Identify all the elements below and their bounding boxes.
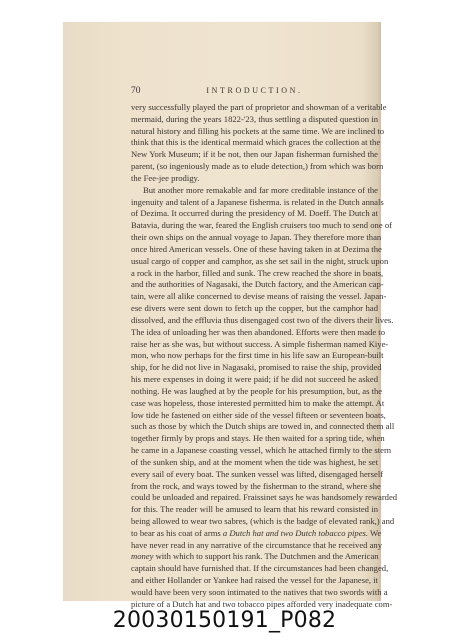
text-line: money with which to support his rank. Th… xyxy=(131,551,378,563)
text-line: and the authorities of Nagasaki, the Dut… xyxy=(131,279,378,291)
text-line: think that this is the identical mermaid… xyxy=(131,137,378,149)
text-line: Batavia, during the war, feared the Engl… xyxy=(131,220,378,232)
text-line: of Dezima. It occurred during the presid… xyxy=(131,208,378,220)
text-segment: with which to support his rank. The Dutc… xyxy=(153,551,378,561)
text-line: he came in a Japanese coasting vessel, w… xyxy=(131,445,378,457)
text-line: ship, for he did not live in Nagasaki, p… xyxy=(131,362,378,374)
text-line: every sail of every boat. The sunken ves… xyxy=(131,469,378,481)
text-line: natural history and filling his pockets … xyxy=(131,126,378,138)
text-line: raise her as she was, but without succes… xyxy=(131,339,378,351)
running-head: INTRODUCTION. xyxy=(131,86,378,95)
text-line: being allowed to wear two sabres, (which… xyxy=(131,516,378,528)
text-line: his mere expenses in doing it were paid;… xyxy=(131,374,378,386)
text-line: mon, who now perhaps for the first time … xyxy=(131,350,378,362)
italic-segment: money xyxy=(131,551,153,561)
text-segment: We xyxy=(368,528,381,538)
text-line: nothing. He was laughed at by the people… xyxy=(131,386,378,398)
text-line: such as those by which the Dutch ships a… xyxy=(131,421,378,433)
italic-segment: a Dutch hat and two Dutch tobacco pipes. xyxy=(223,528,368,538)
text-line: parent, (so ingeniously made as to elude… xyxy=(131,161,378,173)
text-line: The idea of unloading her was then aband… xyxy=(131,327,378,339)
text-line: ingenuity and talent of a Japanese fishe… xyxy=(131,197,378,209)
text-line: But another more remakable and far more … xyxy=(131,185,378,197)
text-line: to bear as his coat of arms a Dutch hat … xyxy=(131,528,378,540)
text-line: mermaid, during the years 1822-'23, thus… xyxy=(131,114,378,126)
page-header: 70 INTRODUCTION. xyxy=(131,86,378,98)
text-line: usual cargo of copper and camphor, as sh… xyxy=(131,256,378,268)
text-line: captain should have furnished that. If t… xyxy=(131,563,378,575)
text-line: low tide he fastened on either side of t… xyxy=(131,410,378,422)
text-line: dissolved, and the effluvia thus disenga… xyxy=(131,315,378,327)
image-caption: 20030150191_P082 xyxy=(0,608,449,633)
text-line: have never read in any narrative of the … xyxy=(131,540,378,552)
text-line: and either Hollander or Yankee had raise… xyxy=(131,575,378,587)
text-line: New York Museum; if it be not, then our … xyxy=(131,149,378,161)
text-line: would have been very soon intimated to t… xyxy=(131,587,378,599)
text-line: tain, were all alike concerned to devise… xyxy=(131,291,378,303)
text-line: case was hopeless, those interested perm… xyxy=(131,398,378,410)
text-line: for this. The reader will be amused to l… xyxy=(131,504,378,516)
text-line: ese divers were sent down to fetch up th… xyxy=(131,303,378,315)
text-line: a rock in the harbor, filled and sunk. T… xyxy=(131,268,378,280)
text-line: the Fee-jee prodigy. xyxy=(131,173,378,185)
text-line: their own ships on the annual voyage to … xyxy=(131,232,378,244)
text-segment: to bear as his coat of arms xyxy=(131,528,223,538)
text-line: once hired American vessels. One of thes… xyxy=(131,244,378,256)
text-line: of the sunken ship, and at the moment wh… xyxy=(131,457,378,469)
text-line: together firmly by props and stays. He t… xyxy=(131,433,378,445)
body-text: very successfully played the part of pro… xyxy=(131,102,378,611)
text-line: very successfully played the part of pro… xyxy=(131,102,378,114)
text-line: could be unloaded and repaired. Fraissin… xyxy=(131,492,378,504)
text-line: from the rock, and ways towed by the fis… xyxy=(131,481,378,493)
